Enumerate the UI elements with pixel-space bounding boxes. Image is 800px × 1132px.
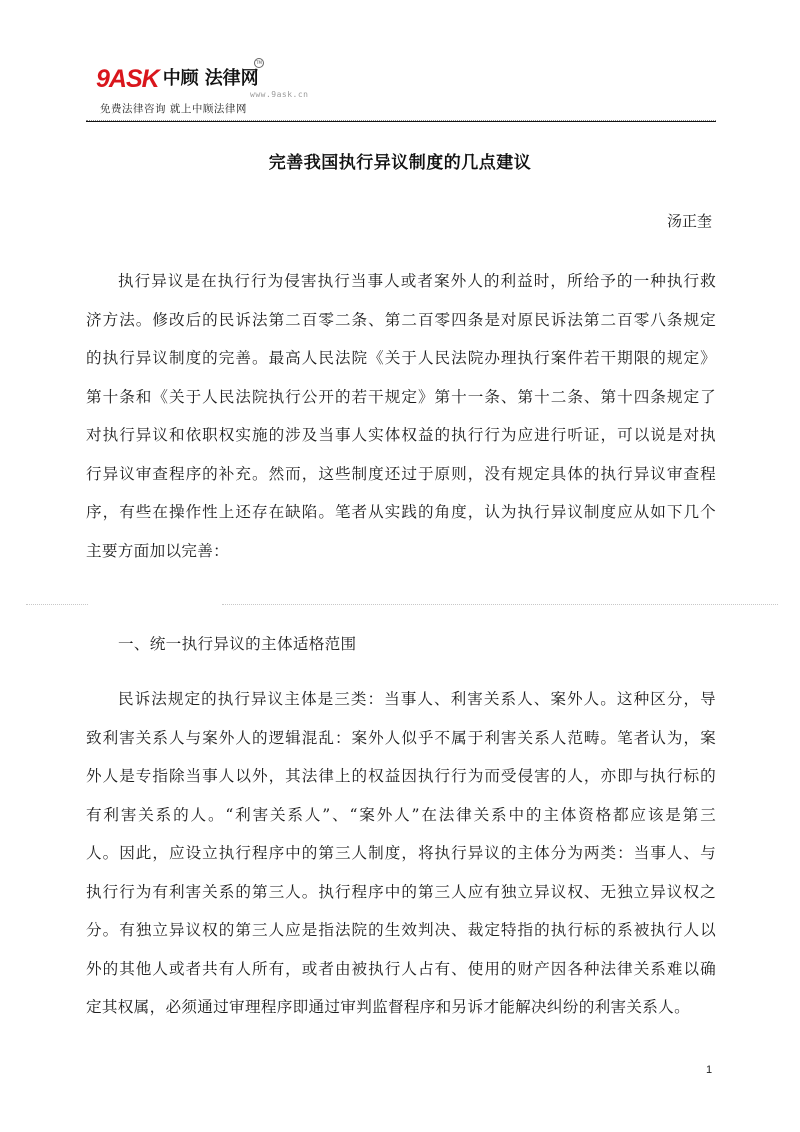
paragraph-subjects: 民诉法规定的执行异议主体是三类：当事人、利害关系人、案外人。这种区分，导 致利害…	[86, 680, 716, 1027]
logo-brand-falvwang: 法律网	[205, 65, 259, 93]
page-break-marker	[222, 604, 778, 605]
paragraph-intro: 执行异议是在执行行为侵害执行当事人或者案外人的利益时，所给予的一种执行救 济方法…	[86, 262, 716, 570]
paragraph-line: 定其权属，必须通过审理程序即通过审判监督程序和另诉才能解决纠纷的利害关系人。	[86, 988, 716, 1027]
document-page: 9ASK 中顾 法律网 TM www.9ask.cn 免费法律咨询 就上中顾法律…	[0, 0, 800, 1132]
section-heading: 一、统一执行异议的主体适格范围	[86, 625, 716, 664]
paragraph-line: 外的其他人或者共有人所有，或者由被执行人占有、使用的财产因各种法律关系难以确	[86, 950, 716, 989]
page-header: 9ASK 中顾 法律网 TM www.9ask.cn 免费法律咨询 就上中顾法律…	[86, 56, 716, 122]
trademark-icon: TM	[254, 58, 264, 68]
paragraph-line: 致利害关系人与案外人的逻辑混乱：案外人似乎不属于利害关系人范畴。笔者认为，案	[86, 719, 716, 758]
document-title: 完善我国执行异议制度的几点建议	[0, 148, 800, 173]
section-heading-text: 一、统一执行异议的主体适格范围	[86, 625, 716, 664]
paragraph-line: 人。因此，应设立执行程序中的第三人制度，将执行异议的主体分为两类：当事人、与	[86, 834, 716, 873]
logo: 9ASK 中顾 法律网	[96, 64, 259, 94]
paragraph-line: 外人是专指除当事人以外，其法律上的权益因执行行为而受侵害的人，亦即与执行标的	[86, 757, 716, 796]
logo-url: www.9ask.cn	[250, 90, 308, 99]
paragraph-line: 序，有些在操作性上还存在缺陷。笔者从实践的角度，认为执行异议制度应从如下几个	[86, 493, 716, 532]
paragraph-line: 分。有独立异议权的第三人应是指法院的生效判决、裁定特指的执行标的系被执行人以	[86, 911, 716, 950]
header-divider	[86, 121, 716, 122]
paragraph-line: 第十条和《关于人民法院执行公开的若干规定》第十一条、第十二条、第十四条规定了	[86, 378, 716, 417]
logo-slogan: 免费法律咨询 就上中顾法律网	[100, 101, 247, 116]
paragraph-line: 民诉法规定的执行异议主体是三类：当事人、利害关系人、案外人。这种区分，导	[86, 680, 716, 719]
paragraph-line: 有利害关系的人。“利害关系人”、“案外人”在法律关系中的主体资格都应该是第三	[86, 796, 716, 835]
paragraph-line: 主要方面加以完善：	[86, 532, 716, 571]
paragraph-line: 执行异议是在执行行为侵害执行当事人或者案外人的利益时，所给予的一种执行救	[86, 262, 716, 301]
author-name: 汤正奎	[667, 210, 712, 231]
logo-mark-9ask: 9ASK	[96, 65, 159, 93]
logo-brand-zhonggu: 中顾	[163, 65, 199, 93]
page-break-marker	[26, 604, 88, 605]
paragraph-line: 执行行为有利害关系的第三人。执行程序中的第三人应有独立异议权、无独立异议权之	[86, 873, 716, 912]
paragraph-line: 济方法。修改后的民诉法第二百零二条、第二百零四条是对原民诉法第二百零八条规定	[86, 301, 716, 340]
paragraph-line: 的执行异议制度的完善。最高人民法院《关于人民法院办理执行案件若干期限的规定》	[86, 339, 716, 378]
paragraph-line: 行异议审查程序的补充。然而，这些制度还过于原则，没有规定具体的执行异议审查程	[86, 455, 716, 494]
page-number: 1	[706, 1064, 712, 1076]
paragraph-line: 对执行异议和依职权实施的涉及当事人实体权益的执行行为应进行听证，可以说是对执	[86, 416, 716, 455]
